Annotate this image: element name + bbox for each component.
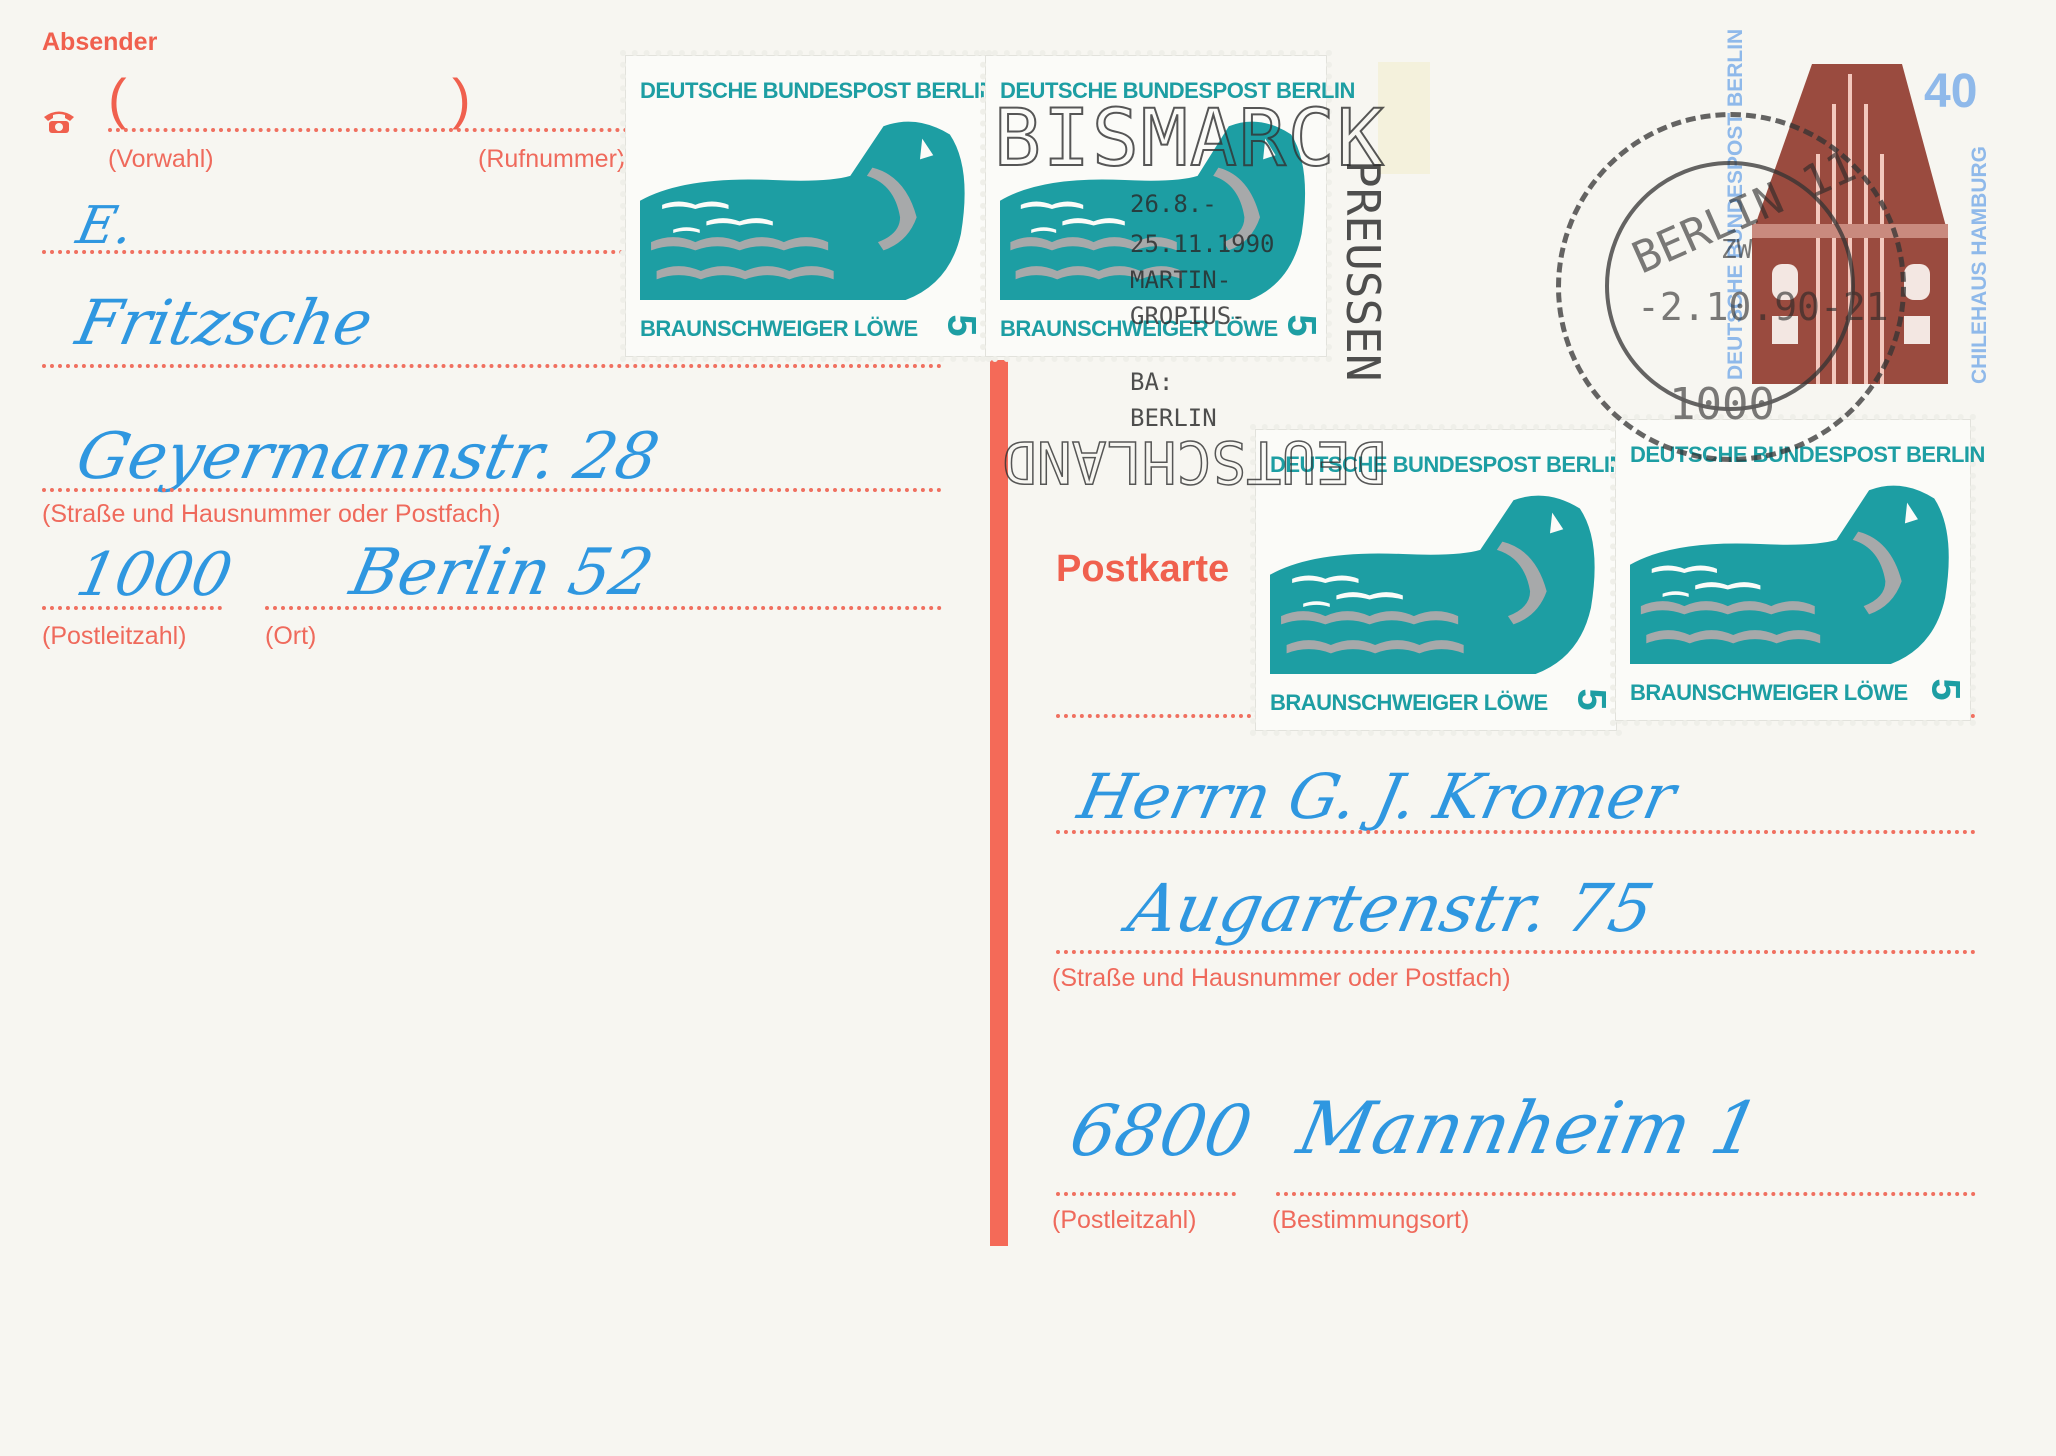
recipient-line-2 — [1056, 950, 1976, 954]
stamp-value: 5 — [1922, 678, 1967, 700]
stamp-name: BRAUNSCHWEIGER LÖWE — [1630, 680, 1908, 706]
lion-icon — [1630, 482, 1956, 664]
slogan-preussen: PREUSSEN — [1336, 160, 1390, 382]
label-phone: (Rufnummer) — [478, 145, 625, 174]
sender-name: Fritzsche — [70, 286, 379, 359]
sender-initial: E. — [72, 196, 139, 256]
stamp-value: 5 — [1568, 688, 1613, 710]
stamp-1: DEUTSCHE BUNDESPOST BERLIN BRAUNSCHWEIGE… — [626, 56, 986, 356]
lion-icon — [1270, 492, 1602, 674]
area-code-paren-open: ( — [108, 66, 127, 131]
slogan-line-5: BA: — [1130, 368, 1173, 396]
label-sender-postcode: (Postleitzahl) — [42, 622, 187, 651]
card-title: Postkarte — [1056, 548, 1229, 591]
stamp-issuer: DEUTSCHE BUNDESPOST BERLIN — [640, 78, 995, 104]
recipient-name: Herrn G. J. Kromer — [1072, 760, 1682, 833]
slogan-line-6: BERLIN — [1130, 404, 1217, 432]
stamp-name: BRAUNSCHWEIGER LÖWE — [640, 316, 918, 342]
sender-line-3 — [42, 488, 942, 492]
recipient-postcode: 6800 — [1063, 1090, 1259, 1172]
label-recipient-street: (Straße und Hausnummer oder Postfach) — [1052, 964, 1511, 993]
area-code-paren-close: ) — [452, 66, 471, 131]
recipient-street: Augartenstr. 75 — [1122, 870, 1660, 947]
indicium-name: CHILEHAUS HAMBURG — [1968, 146, 1992, 384]
slogan-line-1: 26.8.- — [1130, 190, 1217, 218]
sender-line-2 — [42, 364, 942, 368]
sender-heading: Absender — [42, 28, 157, 57]
slogan-line-2: 25.11.1990 — [1130, 230, 1275, 258]
indicium-value: 40 — [1924, 64, 1977, 119]
stamp-value: 5 — [1278, 314, 1323, 336]
label-recipient-city: (Bestimmungsort) — [1272, 1206, 1469, 1235]
stamp-4: DEUTSCHE BUNDESPOST BERLIN BRAUNSCHWEIGE… — [1616, 420, 1970, 720]
sender-street: Geyermannstr. 28 — [70, 420, 665, 494]
phone-line — [108, 128, 628, 132]
sender-postcode-line — [42, 606, 222, 610]
label-sender-street: (Straße und Hausnummer oder Postfach) — [42, 500, 501, 529]
slogan-line-3: MARTIN- — [1130, 266, 1231, 294]
sender-city: Berlin 52 — [344, 536, 659, 610]
telephone-icon — [42, 108, 76, 134]
postmark-office: ZW — [1721, 235, 1752, 265]
postmark-postcode: 1000 — [1669, 379, 1775, 430]
sender-line-1 — [42, 250, 632, 254]
slogan-deutschland: DEUTSCHLAND — [1002, 428, 1386, 496]
sender-city-line — [265, 606, 942, 610]
postmark-date: -2.10.90-21 — [1637, 285, 1889, 329]
lion-icon — [640, 118, 972, 300]
recipient-city-line — [1276, 1192, 1976, 1196]
stamp-name: BRAUNSCHWEIGER LÖWE — [1270, 690, 1548, 716]
paper-tab — [1378, 62, 1430, 174]
recipient-postcode-line — [1056, 1192, 1236, 1196]
sender-postcode: 1000 — [71, 540, 239, 610]
label-sender-city: (Ort) — [265, 622, 316, 651]
slogan-bismarck: BISMARCK — [994, 94, 1386, 184]
slogan-line-4: GROPIUS- — [1130, 302, 1246, 330]
recipient-city: Mannheim 1 — [1291, 1086, 1767, 1170]
label-recipient-postcode: (Postleitzahl) — [1052, 1206, 1197, 1235]
label-area-code: (Vorwahl) — [108, 145, 214, 174]
round-postmark: BERLIN 11 ZW -2.10.90-21 1000 — [1556, 112, 1906, 462]
recipient-line-1 — [1056, 830, 1976, 834]
stamp-value: 5 — [938, 314, 983, 336]
